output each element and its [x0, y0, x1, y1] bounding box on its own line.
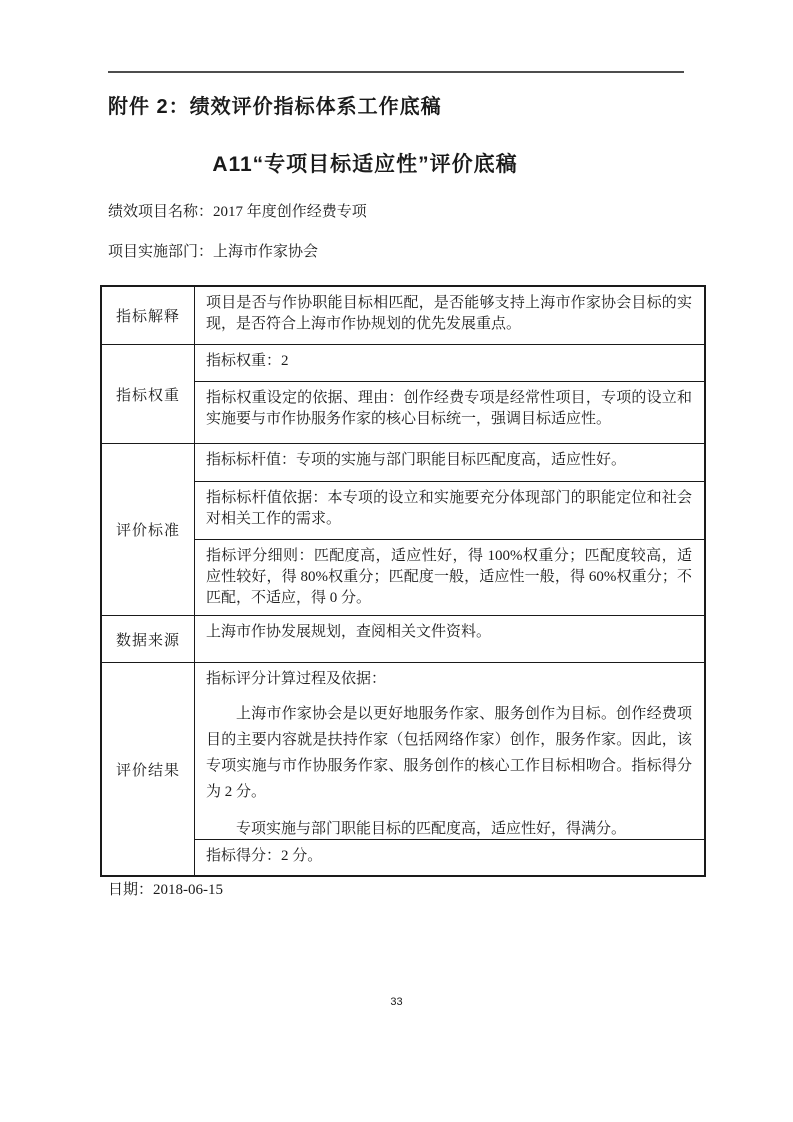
department-line: 项目实施部门：上海市作家协会: [108, 240, 318, 261]
document-page: 附件 2：绩效评价指标体系工作底稿 A11“专项目标适应性”评价底稿 绩效项目名…: [0, 0, 793, 1122]
date-line: 日期：2018-06-15: [108, 878, 223, 899]
attachment-heading: 附件 2：绩效评价指标体系工作底稿: [108, 90, 442, 119]
row-label: 指标权重: [102, 345, 195, 443]
doc-title-wrap: A11“专项目标适应性”评价底稿: [0, 148, 730, 178]
table-row-data-source: 数据来源 上海市作协发展规划，查阅相关文件资料。: [102, 615, 704, 662]
table-cell-result-detail: 指标评分计算过程及依据： 上海市作家协会是以更好地服务作家、服务创作为目标。创作…: [195, 663, 704, 839]
table-cell-result-score: 指标得分：2 分。: [195, 839, 704, 875]
doc-title: A11“专项目标适应性”评价底稿: [212, 153, 517, 176]
result-paragraph: 上海市作家协会是以更好地服务作家、服务创作为目标。创作经费项目的主要内容就是扶持…: [206, 701, 692, 805]
row-label: 指标解释: [102, 287, 195, 344]
table-row-evaluation-result: 评价结果 指标评分计算过程及依据： 上海市作家协会是以更好地服务作家、服务创作为…: [102, 662, 704, 875]
row-label: 评价标准: [102, 444, 195, 615]
table-cell: 指标标杆值：专项的实施与部门职能目标匹配度高，适应性好。: [195, 444, 704, 481]
table-cell: 上海市作协发展规划，查阅相关文件资料。: [195, 616, 704, 662]
table-cell: 指标标杆值依据：本专项的设立和实施要充分体现部门的职能定位和社会对相关工作的需求…: [195, 481, 704, 540]
page-number: 33: [0, 996, 793, 1008]
evaluation-table: 指标解释 项目是否与作协职能目标相匹配，是否能够支持上海市作家协会目标的实现，是…: [100, 285, 706, 877]
table-cell: 项目是否与作协职能目标相匹配，是否能够支持上海市作家协会目标的实现，是否符合上海…: [195, 287, 704, 344]
table-row-evaluation-criteria: 评价标准 指标标杆值：专项的实施与部门职能目标匹配度高，适应性好。 指标标杆值依…: [102, 443, 704, 615]
result-heading: 指标评分计算过程及依据：: [206, 669, 692, 690]
table-cell: 指标权重：2: [195, 345, 704, 381]
table-cell: 指标评分细则：匹配度高，适应性好，得 100%权重分；匹配度较高，适应性较好，得…: [195, 539, 704, 615]
row-label: 数据来源: [102, 616, 195, 662]
table-row-indicator-weight: 指标权重 指标权重：2 指标权重设定的依据、理由：创作经费专项是经常性项目，专项…: [102, 344, 704, 443]
table-cell: 指标权重设定的依据、理由：创作经费专项是经常性项目，专项的设立和实施要与市作协服…: [195, 381, 704, 443]
result-paragraph: 专项实施与部门职能目标的匹配度高，适应性好，得满分。: [206, 816, 692, 839]
table-row-indicator-explanation: 指标解释 项目是否与作协职能目标相匹配，是否能够支持上海市作家协会目标的实现，是…: [102, 287, 704, 344]
row-label: 评价结果: [102, 663, 195, 875]
project-name-line: 绩效项目名称：2017 年度创作经费专项: [108, 200, 367, 221]
header-rule: [108, 71, 684, 73]
